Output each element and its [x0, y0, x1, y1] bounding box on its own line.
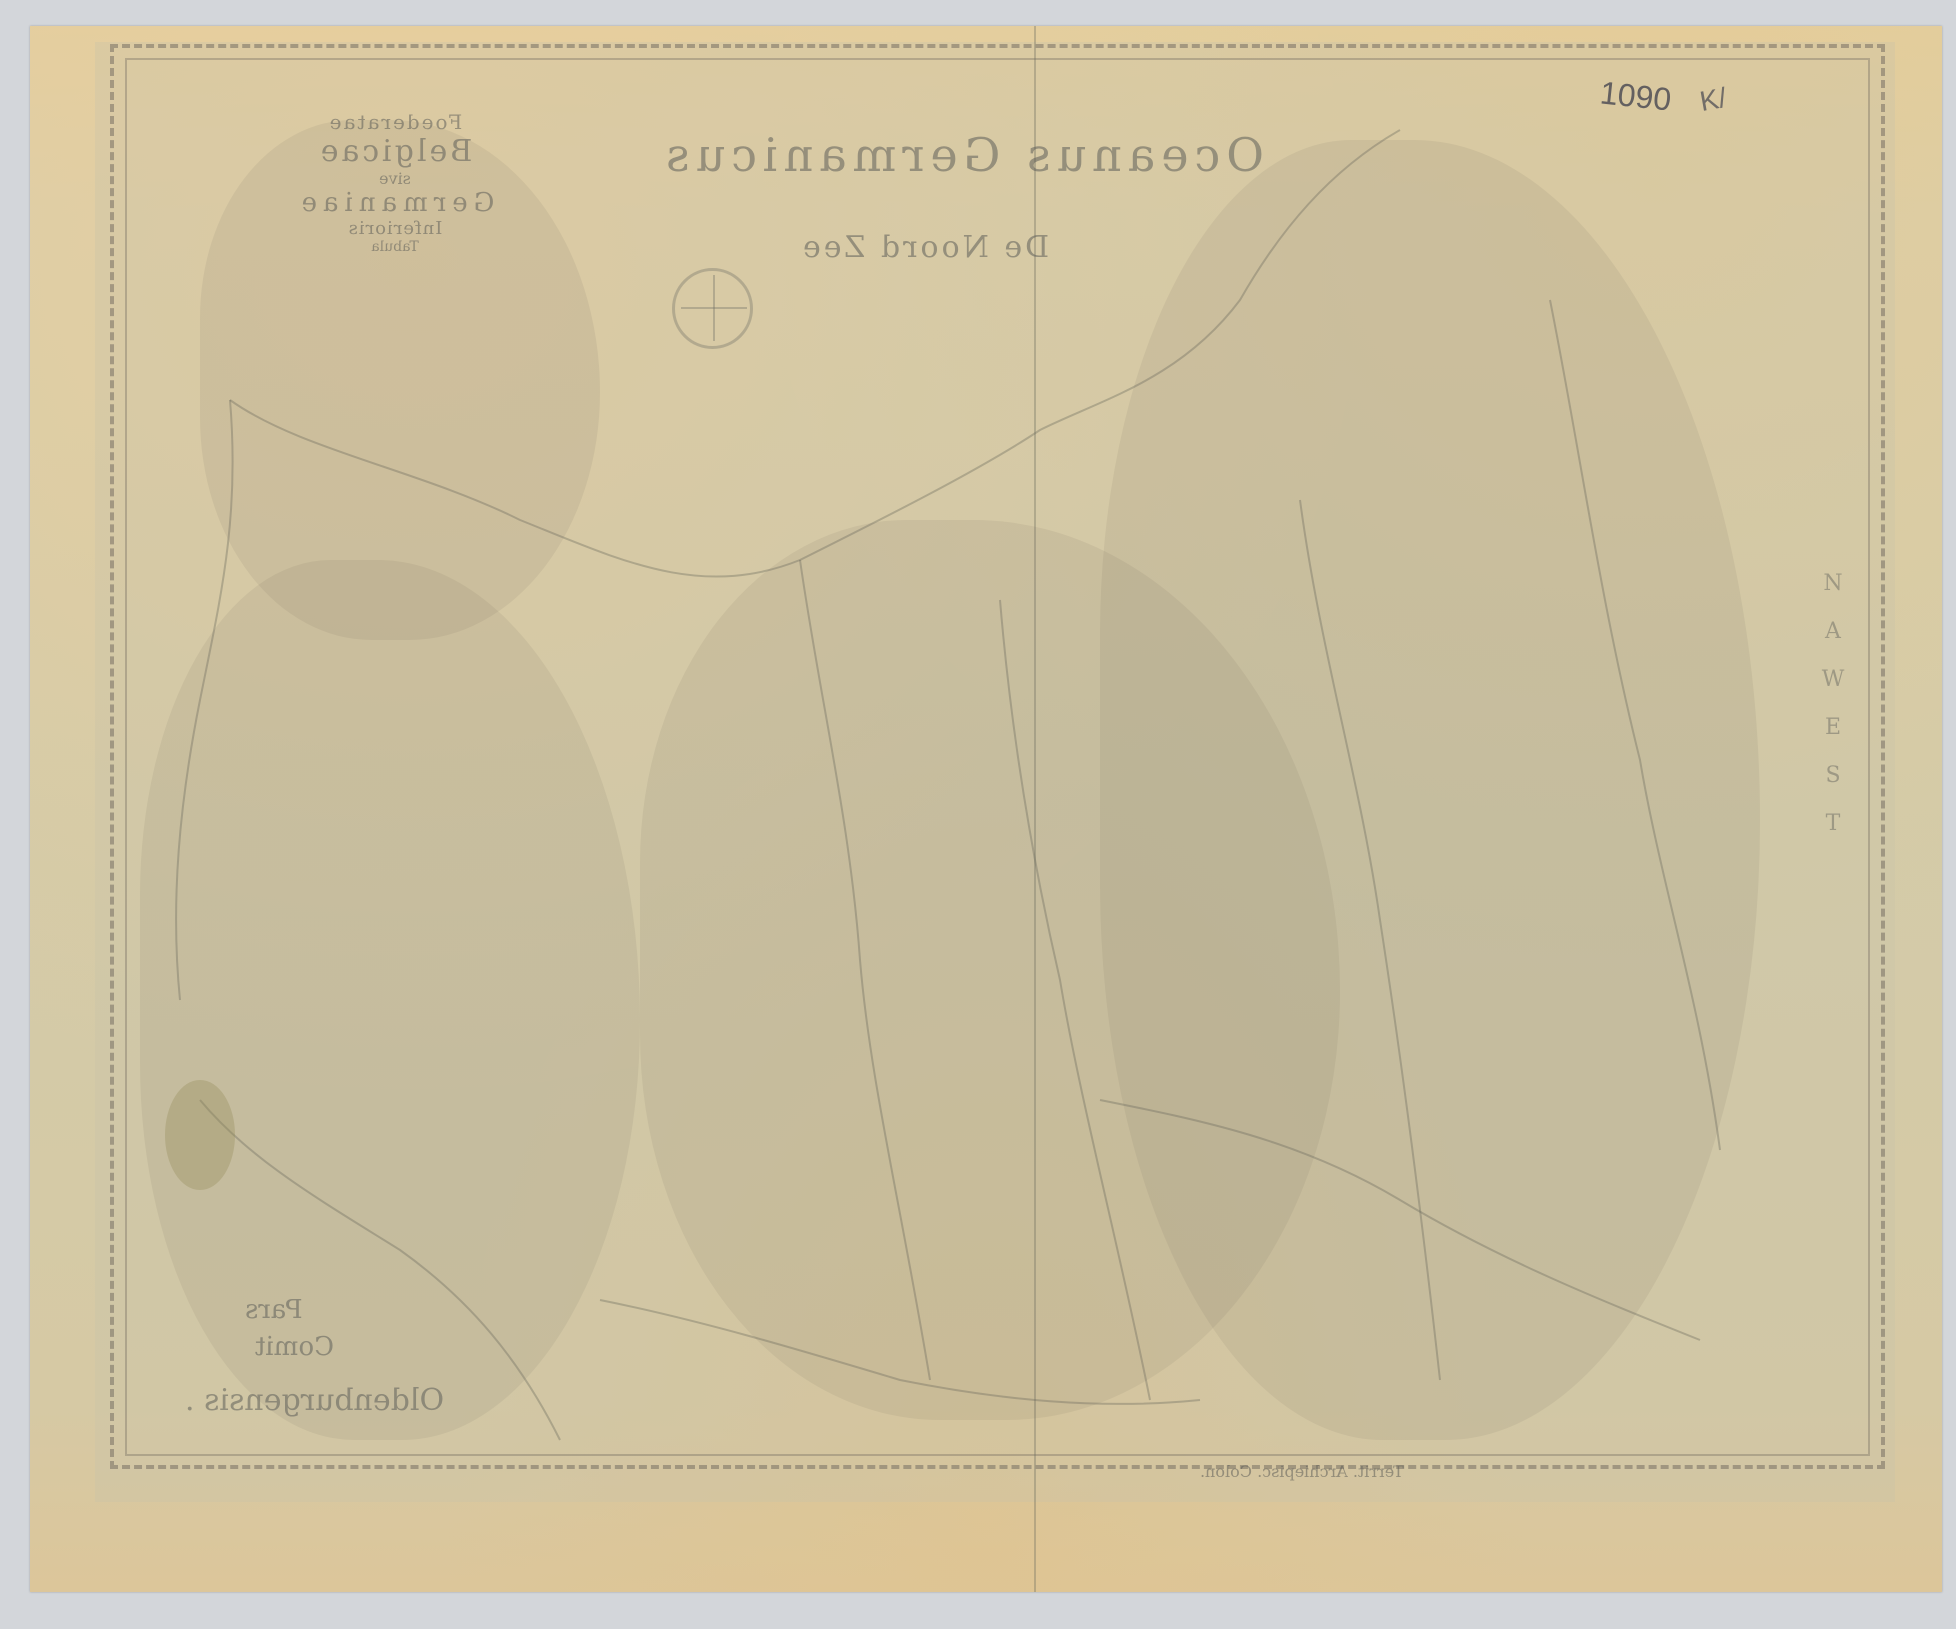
border-letter: W [1818, 656, 1848, 704]
border-letter: S [1818, 752, 1848, 800]
border-letter: N [1818, 560, 1848, 608]
cartouche-line: Foederatae [250, 110, 540, 134]
cartouche-line: Belgicae [250, 134, 540, 169]
cartouche-line: Inferioris [250, 218, 540, 239]
cartouche-line: Germaniae [250, 188, 540, 218]
compass-rose-icon [672, 268, 753, 349]
border-letter: A [1818, 608, 1848, 656]
territory-label: Pars [245, 1295, 303, 1325]
territory-label: Comit [255, 1332, 334, 1362]
border-letter: E [1818, 704, 1848, 752]
title-cartouche: Foederatae Belgicae sive Germaniae Infer… [250, 110, 540, 255]
cartouche-line: Tabula [250, 239, 540, 255]
map-border-inner [125, 58, 1870, 1456]
handwritten-annotation: 1090 [1598, 74, 1673, 118]
map-title: Oceanus Germanicus [660, 128, 1264, 182]
map-subtitle: De Noord Zee [800, 230, 1049, 265]
region-label: Territ. Archiepisc. Colon. [1200, 1462, 1404, 1481]
border-region-label: N A W E S T [1818, 560, 1848, 848]
territory-label: Oldenburgensis . [185, 1383, 444, 1418]
cartouche-line: sive [250, 169, 540, 188]
border-letter: T [1818, 800, 1848, 848]
handwritten-annotation: K/ [1697, 82, 1729, 118]
